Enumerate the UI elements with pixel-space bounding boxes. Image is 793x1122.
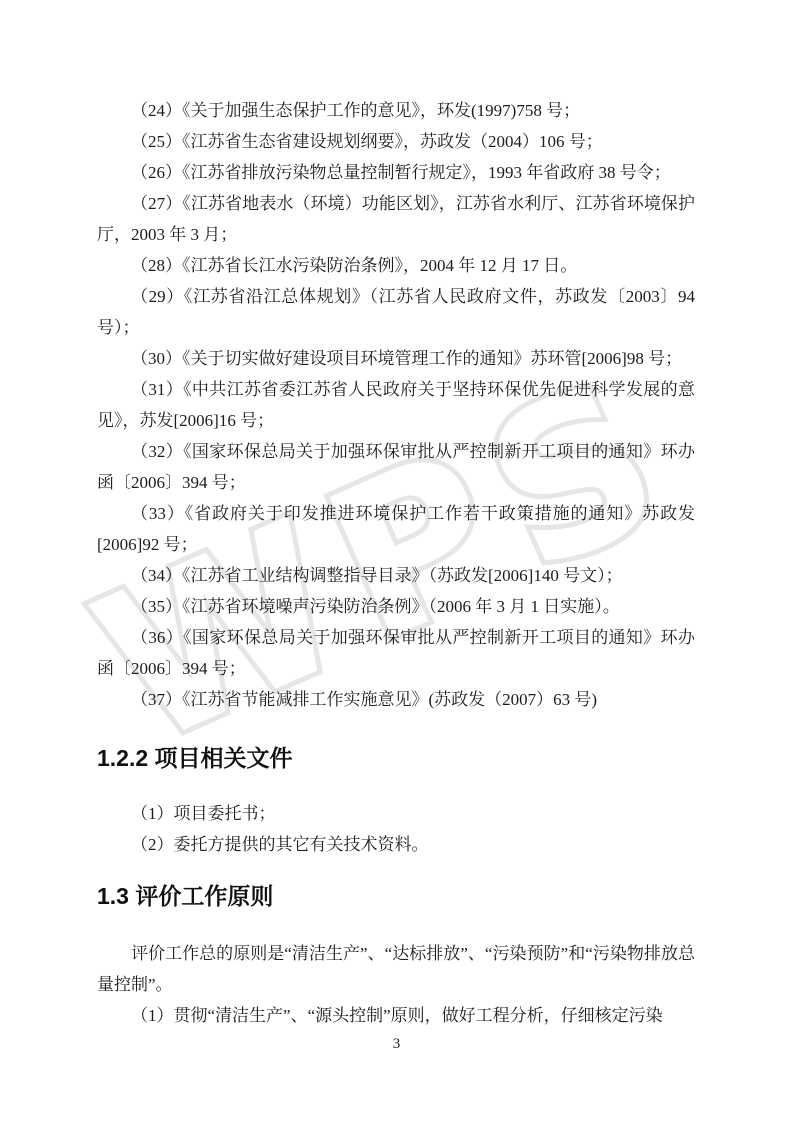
project-doc-item-2: （2）委托方提供的其它有关技术资料。 [97,829,695,860]
legal-item-37: （37）《江苏省节能减排工作实施意见》(苏政发（2007）63 号) [97,684,695,715]
legal-item-30: （30）《关于切实做好建设项目环境管理工作的通知》苏环管[2006]98 号； [97,343,695,374]
legal-references-list: （24）《关于加强生态保护工作的意见》，环发(1997)758 号； （25）《… [97,95,695,715]
page-number: 3 [0,1032,793,1056]
legal-item-27: （27）《江苏省地表水（环境）功能区划》，江苏省水利厅、江苏省环境保护厅，200… [97,188,695,250]
legal-item-34: （34）《江苏省工业结构调整指导目录》（苏政发[2006]140 号文）； [97,560,695,591]
principles-paragraph-1: 评价工作总的原则是“清洁生产”、“达标排放”、“污染预防”和“污染物排放总量控制… [97,938,695,1000]
legal-item-24: （24）《关于加强生态保护工作的意见》，环发(1997)758 号； [97,95,695,126]
legal-item-28: （28）《江苏省长江水污染防治条例》，2004 年 12 月 17 日。 [97,250,695,281]
legal-item-33: （33）《省政府关于印发推进环境保护工作若干政策措施的通知》苏政发[2006]9… [97,498,695,560]
legal-item-26: （26）《江苏省排放污染物总量控制暂行规定》，1993 年省政府 38 号令； [97,157,695,188]
legal-item-29: （29）《江苏省沿江总体规划》（江苏省人民政府文件，苏政发〔2003〕94 号）… [97,281,695,343]
section-heading-project-documents: 1.2.2 项目相关文件 [97,743,695,774]
document-page: WPS （24）《关于加强生态保护工作的意见》，环发(1997)758 号； （… [0,0,793,1122]
legal-item-32: （32）《国家环保总局关于加强环保审批从严控制新开工项目的通知》环办函〔2006… [97,436,695,498]
section-heading-evaluation-principles: 1.3 评价工作原则 [97,881,695,912]
legal-item-25: （25）《江苏省生态省建设规划纲要》，苏政发（2004）106 号； [97,126,695,157]
evaluation-principles-body: 评价工作总的原则是“清洁生产”、“达标排放”、“污染预防”和“污染物排放总量控制… [97,938,695,1031]
principles-paragraph-2: （1）贯彻“清洁生产”、“源头控制”原则，做好工程分析，仔细核定污染 [97,1000,695,1031]
project-doc-item-1: （1）项目委托书； [97,798,695,829]
page-content: （24）《关于加强生态保护工作的意见》，环发(1997)758 号； （25）《… [97,95,695,1031]
legal-item-31: （31）《中共江苏省委江苏省人民政府关于坚持环保优先促进科学发展的意见》，苏发[… [97,374,695,436]
legal-item-35: （35）《江苏省环境噪声污染防治条例》（2006 年 3 月 1 日实施）。 [97,591,695,622]
project-documents-list: （1）项目委托书； （2）委托方提供的其它有关技术资料。 [97,798,695,860]
legal-item-36: （36）《国家环保总局关于加强环保审批从严控制新开工项目的通知》环办函〔2006… [97,622,695,684]
